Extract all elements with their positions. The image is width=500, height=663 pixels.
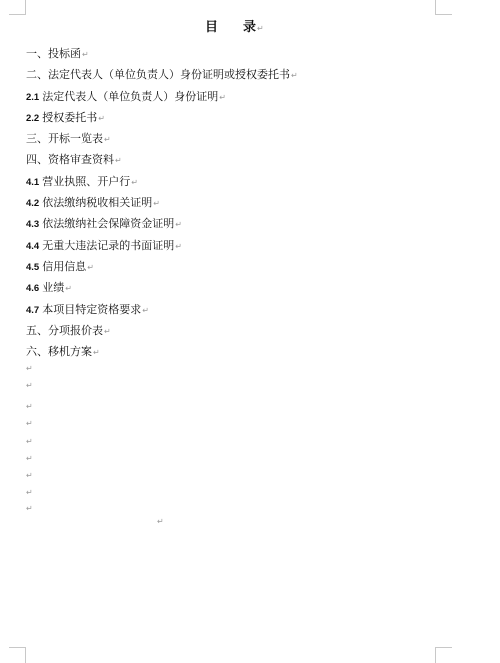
toc-item[interactable]: 四、资格审查资料↵ bbox=[26, 151, 446, 172]
toc-item[interactable]: 4.1营业执照、开户行↵ bbox=[26, 173, 446, 194]
toc-item-text: 信用信息 bbox=[42, 260, 86, 273]
toc-item-number: 4.1 bbox=[26, 177, 39, 188]
paragraph-mark-icon: ↵ bbox=[257, 24, 264, 33]
page-corner-mark-top-right bbox=[435, 0, 452, 15]
toc-item[interactable]: 二、法定代表人（单位负责人）身份证明或授权委托书↵ bbox=[26, 66, 446, 87]
toc-item[interactable]: 4.4无重大违法记录的书面证明↵ bbox=[26, 237, 446, 258]
toc-item[interactable]: 2.2授权委托书↵ bbox=[26, 109, 446, 130]
paragraph-mark-icon: ↵ bbox=[175, 242, 182, 251]
toc-item-number: 4.3 bbox=[26, 219, 39, 230]
toc-item-text: 三、开标一览表 bbox=[26, 132, 103, 145]
title-char-1: 目 bbox=[205, 16, 218, 35]
toc-item-text: 六、移机方案 bbox=[26, 345, 92, 358]
paragraph-mark-icon: ↵ bbox=[82, 50, 89, 59]
page-corner-mark-bottom-left bbox=[9, 647, 26, 663]
toc-item[interactable]: 4.7本项目特定资格要求↵ bbox=[26, 301, 446, 322]
toc-item[interactable]: 4.3依法缴纳社会保障资金证明↵ bbox=[26, 215, 446, 236]
empty-paragraph-mark-icon: ↵ bbox=[26, 381, 33, 390]
empty-paragraph-mark-icon: ↵ bbox=[26, 471, 33, 480]
paragraph-mark-icon: ↵ bbox=[93, 348, 100, 357]
toc-item-text: 二、法定代表人（单位负责人）身份证明或授权委托书 bbox=[26, 68, 290, 81]
toc-item[interactable]: 4.6业绩↵ bbox=[26, 279, 446, 300]
toc-item-number: 4.2 bbox=[26, 198, 39, 209]
paragraph-mark-icon: ↵ bbox=[175, 220, 182, 229]
toc-item[interactable]: 4.5信用信息↵ bbox=[26, 258, 446, 279]
page-title: 目 录↵ bbox=[0, 16, 500, 36]
paragraph-mark-icon: ↵ bbox=[142, 306, 149, 315]
table-of-contents: 一、投标函↵二、法定代表人（单位负责人）身份证明或授权委托书↵2.1法定代表人（… bbox=[26, 45, 446, 364]
toc-item-number: 4.7 bbox=[26, 305, 39, 316]
empty-paragraph-mark-icon: ↵ bbox=[157, 517, 164, 526]
paragraph-mark-icon: ↵ bbox=[87, 263, 94, 272]
toc-item-text: 授权委托书 bbox=[42, 111, 97, 124]
empty-paragraph-mark-icon: ↵ bbox=[26, 419, 33, 428]
empty-paragraph-mark-icon: ↵ bbox=[26, 454, 33, 463]
paragraph-mark-icon: ↵ bbox=[115, 156, 122, 165]
empty-paragraph-mark-icon: ↵ bbox=[26, 364, 33, 373]
toc-item[interactable]: 六、移机方案↵ bbox=[26, 343, 446, 364]
paragraph-mark-icon: ↵ bbox=[219, 93, 226, 102]
toc-item-number: 4.4 bbox=[26, 241, 39, 252]
paragraph-mark-icon: ↵ bbox=[104, 135, 111, 144]
toc-item-number: 4.6 bbox=[26, 283, 39, 294]
paragraph-mark-icon: ↵ bbox=[291, 71, 298, 80]
toc-item-text: 依法缴纳社会保障资金证明 bbox=[42, 217, 174, 230]
paragraph-mark-icon: ↵ bbox=[131, 178, 138, 187]
toc-item-number: 2.2 bbox=[26, 113, 39, 124]
toc-item[interactable]: 一、投标函↵ bbox=[26, 45, 446, 66]
empty-paragraph-mark-icon: ↵ bbox=[26, 437, 33, 446]
toc-item-text: 营业执照、开户行 bbox=[42, 175, 130, 188]
page-corner-mark-bottom-right bbox=[435, 647, 452, 663]
toc-item-text: 业绩 bbox=[42, 281, 64, 294]
empty-paragraph-mark-icon: ↵ bbox=[26, 504, 33, 513]
empty-paragraph-mark-icon: ↵ bbox=[26, 488, 33, 497]
toc-item-text: 五、分项报价表 bbox=[26, 324, 103, 337]
toc-item[interactable]: 三、开标一览表↵ bbox=[26, 130, 446, 151]
toc-item-text: 无重大违法记录的书面证明 bbox=[42, 239, 174, 252]
toc-item[interactable]: 五、分项报价表↵ bbox=[26, 322, 446, 343]
paragraph-mark-icon: ↵ bbox=[104, 327, 111, 336]
paragraph-mark-icon: ↵ bbox=[65, 284, 72, 293]
toc-item-number: 4.5 bbox=[26, 262, 39, 273]
title-char-2: 录↵ bbox=[243, 16, 264, 35]
empty-paragraph-mark-icon: ↵ bbox=[26, 402, 33, 411]
toc-item-text: 四、资格审查资料 bbox=[26, 153, 114, 166]
toc-item[interactable]: 4.2依法缴纳税收相关证明↵ bbox=[26, 194, 446, 215]
paragraph-mark-icon: ↵ bbox=[98, 114, 105, 123]
toc-item-text: 依法缴纳税收相关证明 bbox=[42, 196, 152, 209]
toc-item-number: 2.1 bbox=[26, 92, 39, 103]
paragraph-mark-icon: ↵ bbox=[153, 199, 160, 208]
toc-item-text: 一、投标函 bbox=[26, 47, 81, 60]
toc-item[interactable]: 2.1法定代表人（单位负责人）身份证明↵ bbox=[26, 88, 446, 109]
page-corner-mark-top-left bbox=[9, 0, 26, 15]
toc-item-text: 法定代表人（单位负责人）身份证明 bbox=[42, 90, 218, 103]
toc-item-text: 本项目特定资格要求 bbox=[42, 303, 141, 316]
